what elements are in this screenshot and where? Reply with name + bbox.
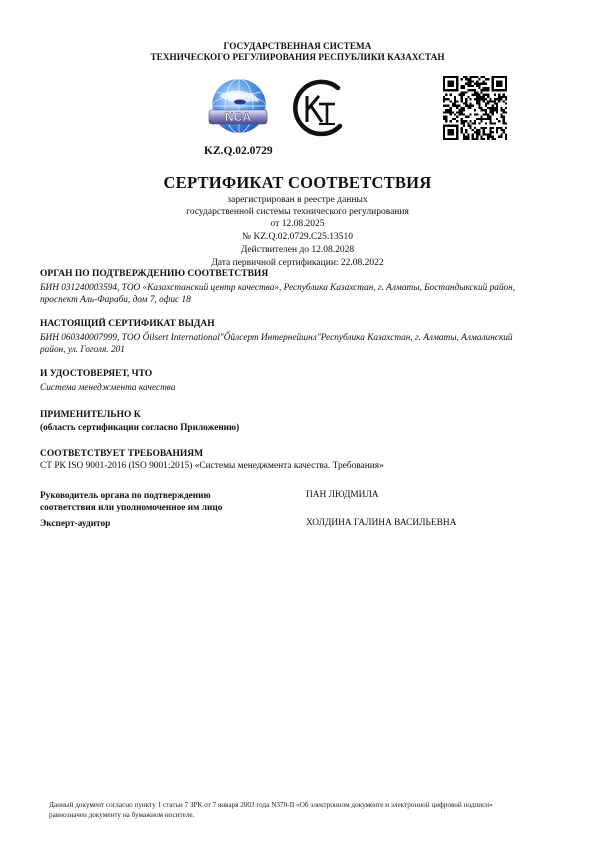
registered-line-1: зарегистрирован в реестре данных [0, 194, 595, 206]
complies-title: СООТВЕТСТВУЕТ ТРЕБОВАНИЯМ [40, 449, 203, 459]
certificate-number: № KZ.Q.02.0729.C25.13510 [0, 231, 595, 243]
certificate-title: СЕРТИФИКАТ СООТВЕТСТВИЯ [0, 173, 595, 193]
first-certification-date: Дата первичной сертификации: 22.08.2022 [0, 257, 595, 269]
issued-to-line-1: БИН 060340007999, ТОО Őilsert Internatio… [40, 332, 560, 344]
signatory-2-role: Эксперт-аудитор [40, 518, 110, 530]
registered-line-2: государственной системы технического рег… [0, 206, 595, 218]
certificate-date: от 12.08.2025 [0, 218, 595, 230]
ncs-globe-logo: NCA [203, 76, 273, 142]
kt-mark-icon [286, 76, 352, 142]
applicable-title: ПРИМЕНИТЕЛЬНО К [40, 410, 141, 420]
signatory-1-role-line-1: Руководитель органа по подтверждению [40, 490, 211, 502]
signatory-1-role-line-2: соответствия или уполномоченное им лицо [40, 502, 222, 514]
signatory-1-name: ПАН ЛЮДМИЛА [306, 490, 379, 500]
qr-code[interactable] [443, 76, 507, 140]
valid-until: Действителен до 12.08.2028 [0, 244, 595, 256]
accreditation-number: KZ.Q.02.0729 [204, 145, 273, 157]
signatory-2-name: ХОЛДИНА ГАЛИНА ВАСИЛЬЕВНА [306, 518, 456, 528]
certification-body-line-2: проспект Аль-Фараби, дом 7, офис 18 [40, 294, 560, 306]
header-line-2: ТЕХНИЧЕСКОГО РЕГУЛИРОВАНИЯ РЕСПУБЛИКИ КА… [0, 52, 595, 63]
kt-conformity-logo [286, 76, 352, 142]
footer-line-2: равнозначен документу на бумажном носите… [49, 811, 559, 821]
qr-code-icon [443, 76, 507, 140]
issued-to-title: НАСТОЯЩИЙ СЕРТИФИКАТ ВЫДАН [40, 319, 215, 329]
applicable-value: (область сертификации согласно Приложени… [40, 422, 239, 434]
svg-text:NCA: NCA [225, 110, 251, 124]
legal-footer: Данный документ согласно пункту 1 статьи… [49, 801, 559, 820]
certifies-value: Система менеджмента качества [40, 382, 560, 394]
certification-body-line-1: БИН 031240003594, ТОО «Казахстанский цен… [40, 282, 560, 294]
header-line-1: ГОСУДАРСТВЕННАЯ СИСТЕМА [0, 41, 595, 52]
footer-line-1: Данный документ согласно пункту 1 статьи… [49, 801, 559, 811]
issued-to-line-2: район, ул. Гоголя. 201 [40, 344, 560, 356]
certification-body-title: ОРГАН ПО ПОДТВЕРЖДЕНИЮ СООТВЕТСТВИЯ [40, 269, 268, 279]
certifies-title: И УДОСТОВЕРЯЕТ, ЧТО [40, 369, 152, 379]
complies-value: СТ РК ISO 9001-2016 (ISO 9001:2015) «Сис… [40, 461, 384, 471]
globe-icon: NCA [203, 76, 273, 142]
